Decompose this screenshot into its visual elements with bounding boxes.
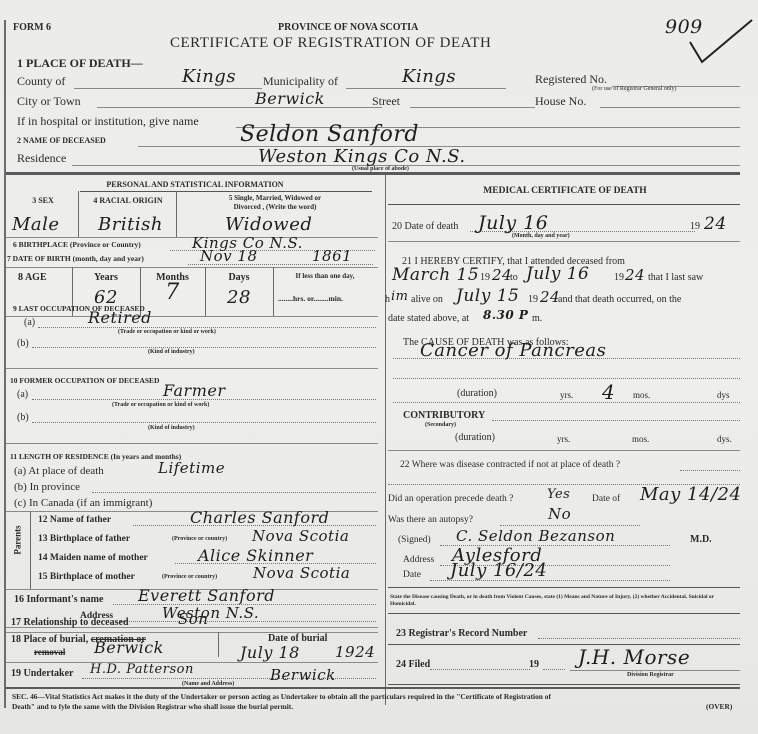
doctor-address-label: Address <box>403 555 434 565</box>
hospital-label: If in hospital or institution, give name <box>17 114 199 129</box>
contributory-note: (Secondary) <box>425 422 456 428</box>
footer-line-2: Death" and to fyle the same with the Div… <box>12 702 293 711</box>
marital-label-1: 5 Single, Married, Widowed or <box>178 194 372 202</box>
father-birthplace-value: Nova Scotia <box>252 527 349 545</box>
registered-no-label: Registered No. <box>535 72 607 87</box>
contributory-mos-label: mos. <box>632 434 649 444</box>
at-place-value: Lifetime <box>158 459 225 477</box>
date-of-death-value: July 16 <box>478 212 548 234</box>
at-place-label: (a) At place of death <box>14 465 104 477</box>
medical-certificate-title: MEDICAL CERTIFICATE OF DEATH <box>390 186 740 196</box>
dob-label: 7 DATE OF BIRTH (month, day and year) <box>7 254 144 263</box>
marital-status-value: Widowed <box>225 214 312 235</box>
last-occ-a-label: (a) <box>24 317 35 328</box>
signed-label: (Signed) <box>398 535 431 545</box>
days-value: 28 <box>205 287 273 308</box>
to-year-prefix: 19 <box>614 272 624 283</box>
form-number: FORM 6 <box>13 22 51 33</box>
doctor-date-label: Date <box>403 570 421 580</box>
mother-birthplace-label: 15 Birthplace of mother <box>38 572 135 582</box>
attended-to-value: July 16 <box>526 264 589 284</box>
md-label: M.D. <box>690 534 712 545</box>
city-label: City or Town <box>17 94 81 109</box>
date-of-death-year: 24 <box>704 214 727 234</box>
former-occ-a-value: Farmer <box>163 381 226 400</box>
registered-no-note: (For use of Registrar General only) <box>592 86 676 92</box>
contributory-label: CONTRIBUTORY <box>403 410 485 421</box>
last-occ-b-label: (b) <box>17 338 29 349</box>
former-occ-b-note: (Kind of industry) <box>148 425 195 431</box>
informant-name-value: Everett Sanford <box>138 586 275 605</box>
cause-yrs-label: yrs. <box>560 390 573 400</box>
father-name-value: Charles Sanford <box>190 508 329 527</box>
alive-value: July 15 <box>456 286 519 306</box>
days-label: Days <box>205 272 273 283</box>
father-name-label: 12 Name of father <box>38 515 111 525</box>
registrar-signature: J.H. Morse <box>578 645 690 669</box>
age-label: 8 AGE <box>18 272 47 283</box>
him-label: h <box>385 294 390 305</box>
in-province-label: (b) In province <box>14 481 80 493</box>
residence-value: Weston Kings Co N.S. <box>258 146 466 167</box>
racial-origin-label: 4 RACIAL ORIGIN <box>80 196 176 205</box>
former-occupation-label: 10 FORMER OCCUPATION OF DECEASED <box>10 376 159 385</box>
date-of-death-label: 20 Date of death <box>392 221 458 232</box>
former-occ-a-label: (a) <box>17 389 28 400</box>
dob-month-day: Nov 18 <box>200 247 258 265</box>
personal-info-title: PERSONAL AND STATISTICAL INFORMATION <box>80 180 310 189</box>
deceased-name-value: Seldon Sanford <box>240 122 419 147</box>
date-stated-label: date stated above, at <box>388 313 469 324</box>
former-occ-b-label: (b) <box>17 412 29 423</box>
certificate-title: CERTIFICATE OF REGISTRATION OF DEATH <box>170 35 491 52</box>
father-birthplace-label: 13 Birthplace of father <box>38 534 130 544</box>
last-saw-label: that I last saw <box>648 272 703 283</box>
last-occ-a-note: (Trade or occupation or kind or work) <box>118 329 216 335</box>
municipality-value: Kings <box>402 66 456 87</box>
informant-address-value: Weston N.S. <box>162 604 259 622</box>
date-of-death-prefix: 19 <box>690 221 700 232</box>
contributory-yrs-label: yrs. <box>557 434 570 444</box>
to-label: to <box>510 272 518 283</box>
burial-removal-label: removal <box>34 647 65 657</box>
doctor-date-value: July 16/24 <box>450 560 547 581</box>
burial-date-value: July 18 <box>240 643 300 662</box>
registrar-title: Division Registrar <box>627 672 674 678</box>
years-label: Years <box>72 272 140 283</box>
informant-name-label: 16 Informant's name <box>14 594 103 605</box>
time-value: 8.30 P <box>483 308 528 322</box>
city-value: Berwick <box>255 89 325 108</box>
place-of-death-label: 1 PLACE OF DEATH— <box>17 56 143 71</box>
occurred-label: and that death occurred, on the <box>558 294 681 305</box>
undertaker-label: 19 Undertaker <box>11 668 74 679</box>
from-year-prefix: 19 <box>480 272 490 283</box>
burial-place-value: Berwick <box>94 638 164 657</box>
operation-date-label: Date of <box>592 494 620 504</box>
house-no-label: House No. <box>535 94 586 109</box>
county-label: County of <box>17 74 65 89</box>
him-value: im <box>391 289 409 304</box>
date-of-death-note: (Month, day and year) <box>512 233 570 239</box>
undertaker-value: H.D. Patterson <box>90 662 194 677</box>
death-certificate: FORM 6 PROVINCE OF NOVA SCOTIA CERTIFICA… <box>0 0 758 734</box>
burial-place-label-1: 18 Place of burial, <box>11 634 88 645</box>
check-mark-icon <box>680 12 755 67</box>
county-value: Kings <box>182 66 236 87</box>
father-birthplace-note: (Province or country) <box>172 536 227 542</box>
last-occ-b-note: (Kind of industry) <box>148 349 195 355</box>
in-canada-label: (c) In Canada (if an immigrant) <box>14 497 152 509</box>
less-than-day-label: If less than one day, <box>275 272 375 280</box>
time-suffix: m. <box>532 313 542 324</box>
name-of-deceased-label: 2 NAME OF DECEASED <box>17 136 106 145</box>
undertaker-address: Berwick <box>270 666 336 684</box>
filed-label: 24 Filed <box>396 659 430 670</box>
operation-value: Yes <box>547 487 570 502</box>
to-year: 24 <box>625 266 645 284</box>
residence-label: Residence <box>17 151 66 166</box>
racial-origin-value: British <box>98 214 163 235</box>
contributory-duration-label: (duration) <box>455 432 495 443</box>
operation-date-value: May 14/24 <box>640 484 741 505</box>
left-margin-rule <box>4 20 6 708</box>
mother-name-label: 14 Maiden name of mother <box>38 553 148 563</box>
sex-label: 3 SEX <box>8 196 78 205</box>
mother-birthplace-value: Nova Scotia <box>253 564 350 582</box>
medical-note: State the Disease causing Death, or in d… <box>390 594 736 608</box>
marital-label-2: Divorced , (Write the word) <box>178 203 372 211</box>
attended-from-value: March 15 <box>392 265 479 285</box>
cause-duration-label: (duration) <box>457 388 497 399</box>
cause-value: Cancer of Pancreas <box>420 340 606 361</box>
months-value: 7 <box>140 280 205 305</box>
relationship-value: Son <box>178 610 208 628</box>
relationship-label-visible: 17 Relationship to deceased <box>11 617 129 628</box>
parents-side-label: Parents <box>13 525 23 554</box>
street-label: Street <box>372 94 400 109</box>
cause-duration-mos: 4 <box>602 380 615 404</box>
hrs-min-label: ........hrs. or........min. <box>278 294 343 303</box>
footer-line-1: SEC. 46—Vital Statistics Act makes it th… <box>12 692 551 701</box>
dob-year: 1861 <box>312 247 352 265</box>
sex-value: Male <box>12 214 60 235</box>
signed-value: C. Seldon Bezanson <box>456 527 615 545</box>
mother-name-value: Alice Skinner <box>198 546 313 565</box>
cause-mos-label: mos. <box>633 390 650 400</box>
birthplace-label: 6 BIRTHPLACE (Province or Country) <box>13 240 141 249</box>
record-number-label: 23 Registrar's Record Number <box>396 628 527 639</box>
burial-date-year: 1924 <box>335 643 375 661</box>
autopsy-label: Was there an autopsy? <box>388 515 473 525</box>
footer-over: (OVER) <box>706 702 732 711</box>
mother-birthplace-note: (Province or country) <box>162 574 217 580</box>
contributory-dys-label: dys. <box>717 434 732 444</box>
alive-year-prefix: 19 <box>528 294 538 305</box>
last-occ-a-value: Retired <box>88 308 152 327</box>
autopsy-value: No <box>548 505 571 523</box>
cause-dys-label: dys <box>717 390 730 400</box>
alive-label: alive on <box>411 294 443 305</box>
residence-length-label: 11 LENGTH OF RESIDENCE (In years and mon… <box>10 452 181 461</box>
former-occ-a-note: (Trade or occupation or kind of work) <box>112 402 209 408</box>
filed-year-prefix: 19 <box>529 659 539 670</box>
operation-label: Did an operation precede death ? <box>388 494 513 504</box>
province-heading: PROVINCE OF NOVA SCOTIA <box>278 22 418 33</box>
contracted-label: 22 Where was disease contracted if not a… <box>400 460 620 470</box>
municipality-label: Municipality of <box>263 74 338 89</box>
